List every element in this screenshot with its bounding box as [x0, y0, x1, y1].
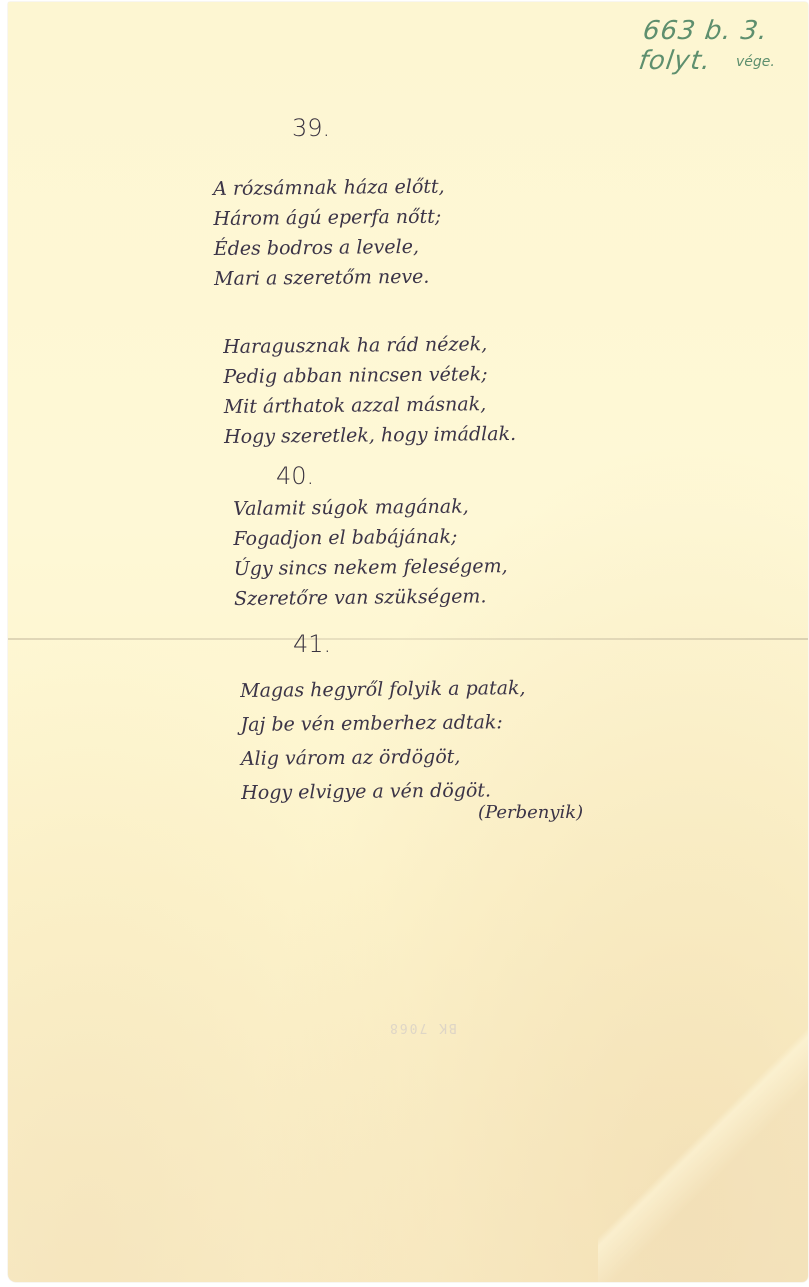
verse-line: Mit árthatok azzal másnak,	[224, 389, 516, 422]
paper-corner-crease	[598, 1002, 808, 1282]
verse-line: Három ágú eperfa nőtt;	[213, 202, 445, 234]
verse-number-40: 40.	[276, 462, 314, 490]
verse-line: Magas hegyről folyik a patak,	[240, 671, 526, 708]
verse-number-41: 41.	[293, 630, 331, 658]
verse-40-stanza-1: Valamit súgok magának, Fogadjon el babáj…	[233, 491, 508, 614]
archive-reference: 663 b. 3. folyt.	[637, 16, 809, 76]
verse-line: A rózsámnak háza előtt,	[213, 172, 445, 204]
verse-39-stanza-2: Haragusznak ha rád nézek, Pedig abban ni…	[223, 329, 516, 452]
verse-attribution: (Perbenyik)	[478, 802, 583, 823]
verse-line: Édes bodros a levele,	[214, 232, 446, 264]
manuscript-page: 663 b. 3. folyt. vége. 39. A rózsámnak h…	[8, 2, 808, 1282]
verse-line: Alig várom az ördögöt,	[241, 739, 527, 776]
verse-line: Szeretőre van szükségem.	[234, 581, 508, 614]
verse-line: Hogy szeretlek, hogy imádlak.	[224, 419, 516, 452]
archive-reference-note: 663 b. 3. folyt. vége.	[641, 16, 808, 76]
faint-archive-stamp: BK 7068	[388, 1020, 457, 1035]
verse-39-stanza-1: A rózsámnak háza előtt, Három ágú eperfa…	[213, 172, 446, 294]
paper-fold-line	[8, 638, 808, 640]
verse-line: Úgy sincs nekem feleségem,	[234, 551, 508, 584]
archive-reference-sub: vége.	[736, 54, 775, 70]
verse-line: Pedig abban nincsen vétek;	[223, 359, 515, 392]
verse-line: Fogadjon el babájának;	[233, 521, 507, 554]
verse-line: Jaj be vén emberhez adtak:	[240, 705, 526, 742]
verse-line: Mari a szeretőm neve.	[214, 262, 446, 294]
verse-41-stanza-1: Magas hegyről folyik a patak, Jaj be vén…	[240, 671, 527, 810]
verse-line: Haragusznak ha rád nézek,	[223, 329, 515, 362]
verse-number-39: 39.	[292, 114, 330, 142]
verse-line: Valamit súgok magának,	[233, 491, 507, 524]
